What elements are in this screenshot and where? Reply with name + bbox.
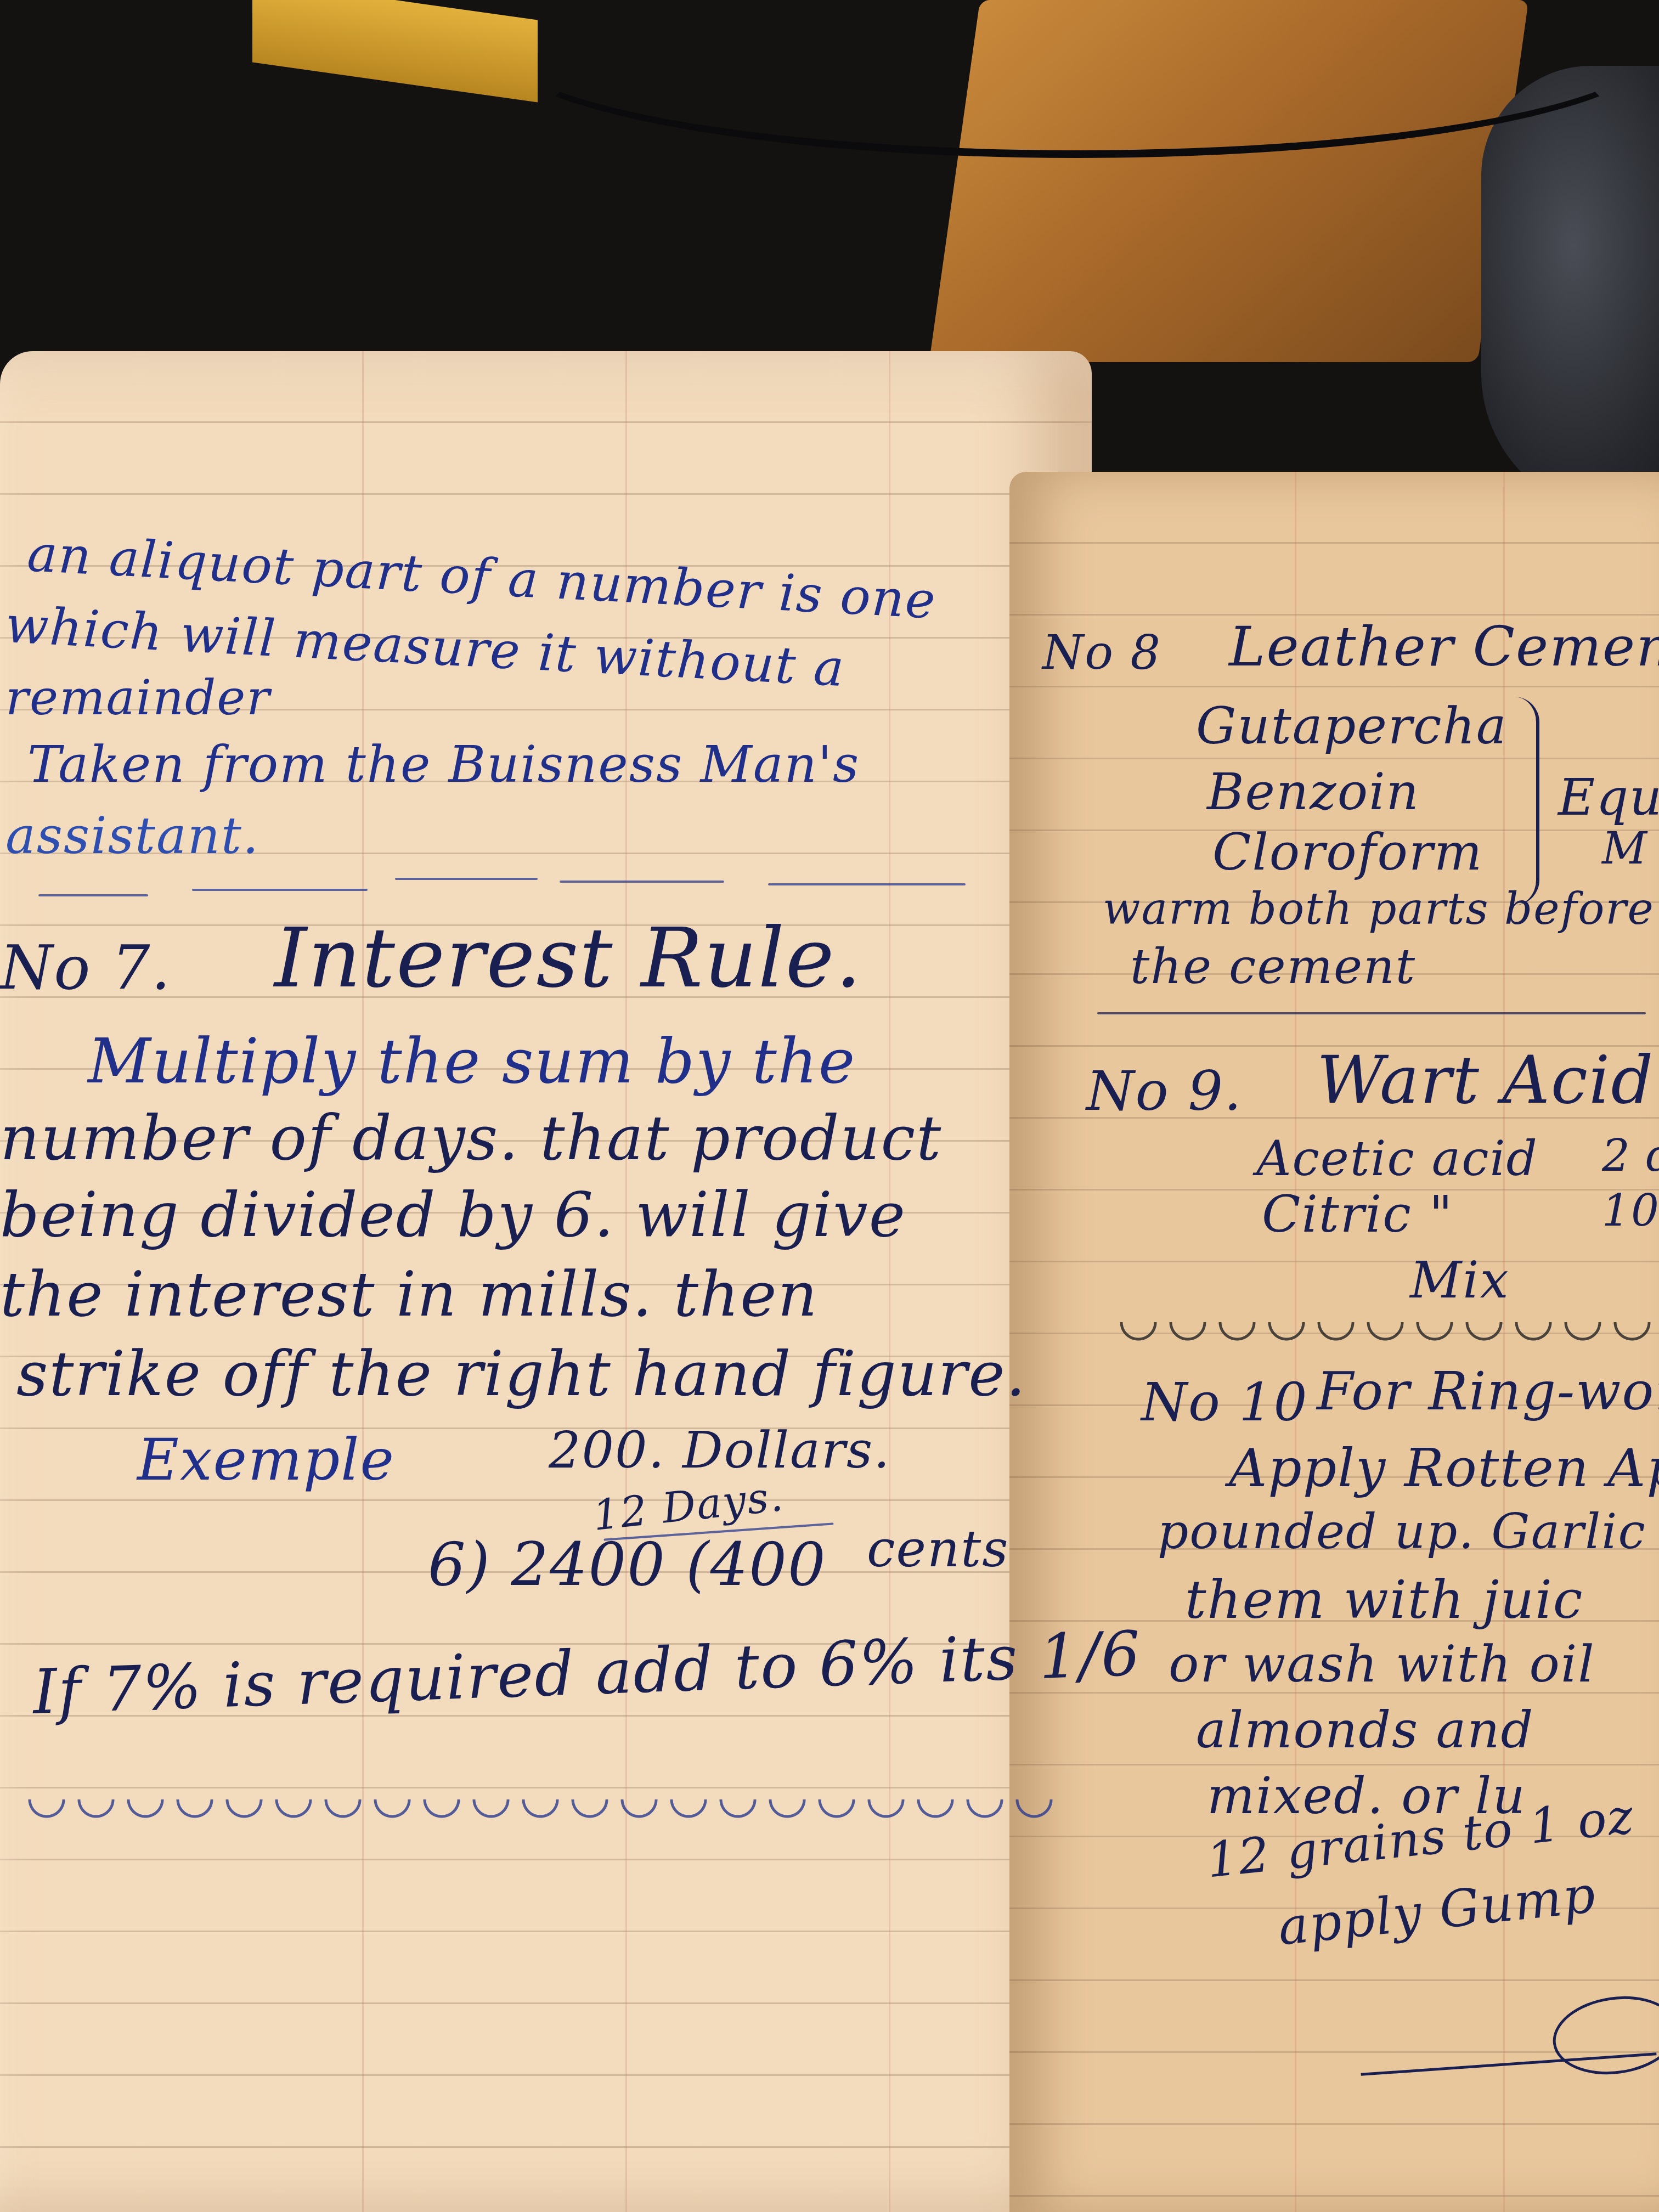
entry-number: No 7. bbox=[0, 933, 171, 1003]
margin-line bbox=[889, 351, 890, 2212]
grouping-brace bbox=[1514, 697, 1539, 905]
quantity-note: Equal bbox=[1558, 768, 1659, 827]
remedy-line: Apply Rotten Ap bbox=[1229, 1437, 1659, 1499]
entry-title: For Ring-worm bbox=[1317, 1361, 1659, 1422]
separator-line bbox=[560, 881, 724, 883]
entry-number: No 8 bbox=[1042, 625, 1161, 680]
rule-body-line: Multiply the sum by the bbox=[88, 1026, 856, 1097]
rule-body-line: the interest in mills. then bbox=[0, 1259, 819, 1330]
decorative-wavy-divider bbox=[22, 1799, 1064, 1821]
lamp-base-background bbox=[1481, 66, 1659, 516]
remedy-line: them with juic bbox=[1185, 1569, 1584, 1630]
mix-instruction: Mix bbox=[1410, 1251, 1510, 1310]
example-result-unit: cents bbox=[867, 1520, 1009, 1578]
ingredient-name: Acetic acid bbox=[1256, 1130, 1538, 1187]
entry-number: No 10 bbox=[1141, 1372, 1308, 1433]
example-division: 6) 2400 (400 bbox=[428, 1531, 827, 1599]
example-label: Exemple bbox=[137, 1426, 395, 1493]
source-line: assistant. bbox=[5, 806, 259, 865]
quantity-note-2: M bbox=[1602, 823, 1648, 874]
instruction-line: the cement bbox=[1130, 938, 1416, 995]
ingredient-amount: 10 g bbox=[1602, 1185, 1659, 1236]
ingredient-amount: 2 d bbox=[1602, 1130, 1659, 1181]
separator-line bbox=[395, 878, 538, 880]
decorative-wavy-divider bbox=[1114, 1322, 1657, 1344]
intro-line: remainder bbox=[5, 669, 270, 726]
instruction-line: warm both parts before a bbox=[1103, 883, 1659, 934]
rule-body-line: being divided by 6. will give bbox=[0, 1180, 906, 1251]
entry-title: Leather Cement. bbox=[1229, 614, 1659, 679]
ingredient: Gutapercha bbox=[1196, 697, 1508, 755]
ingredient-name: Citric " bbox=[1262, 1185, 1453, 1244]
example-amount: 200. Dollars. bbox=[549, 1421, 890, 1480]
ingredient: Cloroform bbox=[1212, 823, 1483, 882]
separator-line bbox=[192, 889, 368, 891]
separator-line bbox=[768, 883, 966, 885]
ingredient: Benzoin bbox=[1207, 763, 1420, 821]
separator-line bbox=[38, 894, 148, 896]
rule-body-line: strike off the right hand figure. bbox=[16, 1339, 1026, 1410]
remedy-line: almonds and bbox=[1196, 1701, 1534, 1759]
remedy-line: pounded up. Garlic bbox=[1158, 1503, 1646, 1560]
remedy-line: or wash with oil bbox=[1169, 1635, 1595, 1694]
entry-title: Interest Rule. bbox=[274, 911, 862, 1006]
separator-line bbox=[1097, 1012, 1646, 1014]
rule-body-line: number of days. that product bbox=[0, 1103, 942, 1174]
entry-title: Wart Acid bbox=[1317, 1042, 1654, 1119]
source-line: Taken from the Buisness Man's bbox=[27, 735, 860, 794]
entry-number: No 9. bbox=[1086, 1059, 1243, 1123]
